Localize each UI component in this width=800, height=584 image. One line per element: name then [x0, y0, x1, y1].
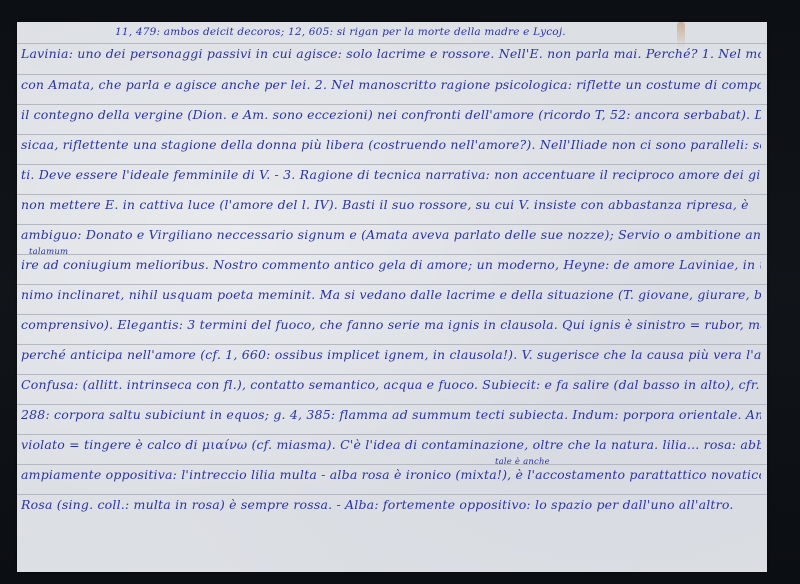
- ruled-line: [17, 344, 767, 345]
- ruled-line: [17, 314, 767, 315]
- text-line-14: violato = tingere è calco di μιαίνω (cf.…: [21, 437, 761, 452]
- scanner-background: 11, 479: ambos deicit decoros; 12, 605: …: [0, 0, 800, 584]
- ruled-line: [17, 134, 767, 135]
- ruled-line: [17, 104, 767, 105]
- ruled-line: [17, 194, 767, 195]
- text-line-13: 288: corpora saltu subiciunt in equos; g…: [21, 407, 761, 422]
- header-note: 11, 479: ambos deicit decoros; 12, 605: …: [115, 26, 755, 38]
- manuscript-page: 11, 479: ambos deicit decoros; 12, 605: …: [17, 22, 767, 572]
- ruled-line: [17, 43, 767, 44]
- text-line-6: non mettere E. in cattiva luce (l'amore …: [21, 197, 761, 212]
- text-line-3: il contegno della vergine (Dion. e Am. s…: [21, 107, 761, 122]
- text-line-10: comprensivo). Elegantis: 3 termini del f…: [21, 317, 761, 332]
- text-line-1: Lavinia: uno dei personaggi passivi in c…: [21, 46, 761, 61]
- ruled-line: [17, 494, 767, 495]
- text-line-16: Rosa (sing. coll.: multa in rosa) è semp…: [21, 497, 761, 512]
- interlinear-note: talamum: [29, 247, 89, 257]
- ruled-line: [17, 254, 767, 255]
- text-line-9: nimo inclinaret, nihil usquam poeta memi…: [21, 287, 761, 302]
- text-line-7: ambiguo: Donato e Virgiliano neccessario…: [21, 227, 761, 242]
- ruled-line: [17, 374, 767, 375]
- ruled-line: [17, 284, 767, 285]
- ruled-line: [17, 464, 767, 465]
- ruled-line: [17, 74, 767, 75]
- text-line-2: con Amata, che parla e agisce anche per …: [21, 77, 761, 92]
- ruled-line: [17, 434, 767, 435]
- ruled-line: [17, 164, 767, 165]
- text-line-12: Confusa: (allitt. intrinseca con fl.), c…: [21, 377, 761, 392]
- ruled-line: [17, 224, 767, 225]
- text-line-11: perché anticipa nell'amore (cf. 1, 660: …: [21, 347, 761, 362]
- text-line-5: ti. Deve essere l'ideale femminile di V.…: [21, 167, 761, 182]
- ruled-line: [17, 404, 767, 405]
- text-line-4: sicaa, riflettente una stagione della do…: [21, 137, 761, 152]
- text-line-8: ire ad coniugium melioribus. Nostro comm…: [21, 257, 761, 272]
- interlinear-note: tale è anche: [495, 457, 575, 467]
- text-line-15: ampiamente oppositiva: l'intreccio lilia…: [21, 467, 761, 482]
